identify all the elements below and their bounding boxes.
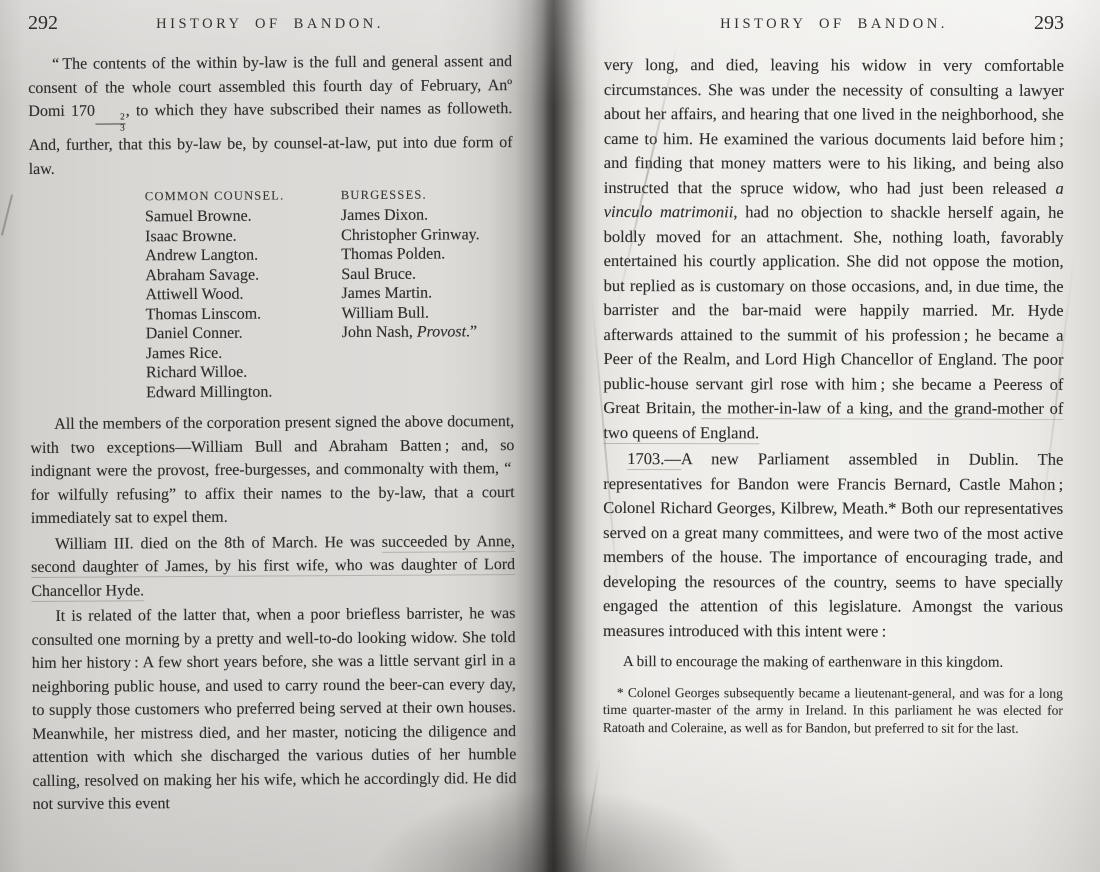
common-counsel-names: Samuel Browne.Isaac Browne.Andrew Langto… [145, 206, 306, 402]
name-entry: William Bull. [342, 303, 502, 323]
name-entry: John Nash, Provost.” [342, 322, 502, 342]
name-entry: Saul Bruce. [341, 264, 501, 284]
name-entry: Daniel Conner. [146, 323, 306, 343]
common-counsel-column: COMMON COUNSEL. Samuel Browne.Isaac Brow… [145, 188, 306, 402]
name-entry: Christopher Grinway. [341, 225, 501, 245]
name-entry: Andrew Langton. [145, 245, 305, 265]
name-entry: Abraham Savage. [145, 265, 305, 285]
paragraph-bylaw: “ The contents of the within by-law is t… [28, 50, 513, 181]
page-number-right: 293 [1034, 12, 1064, 35]
paragraph-1703-parliament: 1703.—A new Parliament assembled in Dubl… [603, 447, 1063, 644]
paragraph-continuation: very long, and died, leaving his widow i… [603, 53, 1064, 446]
signatories-table: COMMON COUNSEL. Samuel Browne.Isaac Brow… [145, 187, 514, 402]
name-entry: Attiwell Wood. [145, 284, 305, 304]
burgesses-names: James Dixon.Christopher Grinway.Thomas P… [341, 205, 502, 342]
footnote-colonel-georges: * Colonel Georges subsequently became a … [603, 683, 1063, 736]
running-title-left: HISTORY OF BANDON. [28, 12, 512, 33]
name-entry: Edward Millington. [146, 382, 306, 402]
paragraph-earthenware-bill: A bill to encourage the making of earthe… [603, 652, 1063, 673]
paragraph-barrister-story: It is related of the latter that, when a… [31, 602, 516, 816]
name-entry: Richard Willoe. [146, 362, 306, 382]
common-counsel-header: COMMON COUNSEL. [145, 188, 305, 204]
name-entry: James Martin. [341, 283, 501, 303]
name-entry: James Rice. [146, 343, 306, 363]
running-title-right: HISTORY OF BANDON. [604, 12, 1064, 33]
paragraph-william-died: William III. died on the 8th of March. H… [31, 530, 515, 603]
name-entry: James Dixon. [341, 205, 501, 225]
book-spread: 292 HISTORY OF BANDON. “ The contents of… [0, 0, 1100, 872]
paragraph-signed: All the members of the corporation prese… [30, 410, 515, 530]
page-right: HISTORY OF BANDON. 293 very long, and di… [592, 0, 1100, 872]
page-left: 292 HISTORY OF BANDON. “ The contents of… [0, 0, 546, 872]
page-number-left: 292 [28, 12, 58, 35]
page-left-body: “ The contents of the within by-law is t… [28, 50, 517, 817]
name-entry: Samuel Browne. [145, 206, 305, 226]
page-right-body: very long, and died, leaving his widow i… [603, 53, 1064, 737]
page-left-header: 292 HISTORY OF BANDON. [28, 12, 512, 38]
burgesses-column: BURGESSES. James Dixon.Christopher Grinw… [341, 187, 502, 401]
burgesses-header: BURGESSES. [341, 187, 501, 203]
name-entry: Thomas Polden. [341, 244, 501, 264]
name-entry: Thomas Linscom. [146, 304, 306, 324]
name-entry: Isaac Browne. [145, 226, 305, 246]
page-right-header: HISTORY OF BANDON. 293 [604, 12, 1064, 38]
